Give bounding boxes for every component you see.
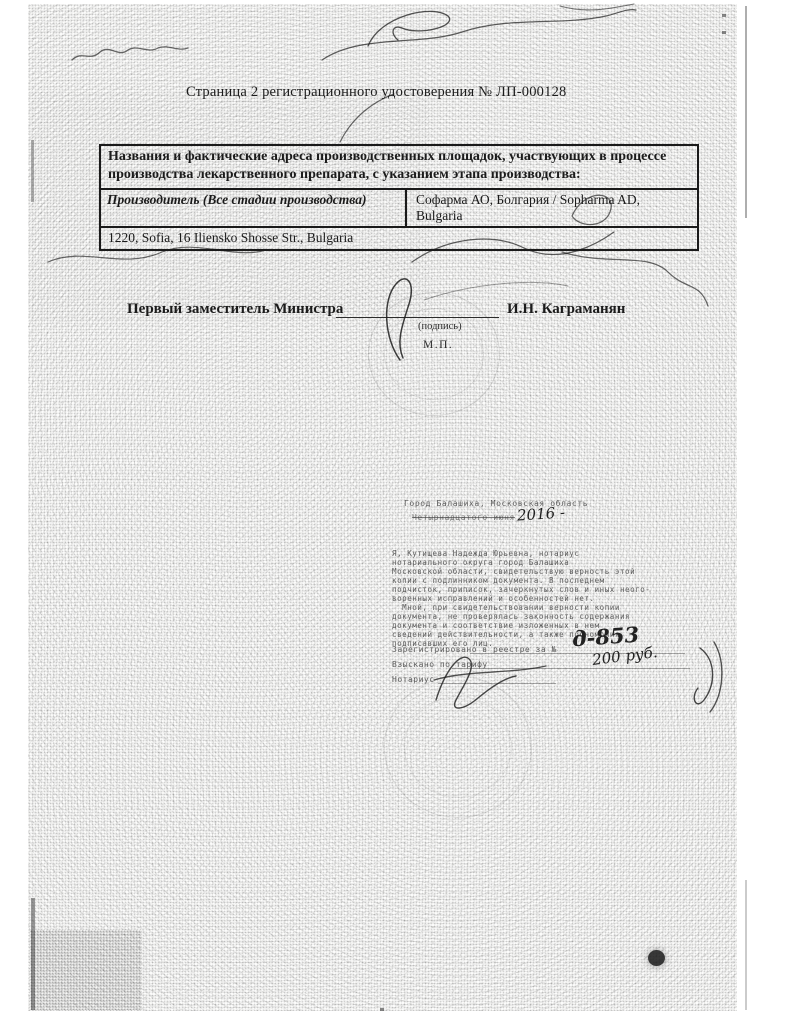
scan-edge-line [745, 880, 747, 1010]
minister-title: Первый заместитель Министра [127, 301, 343, 318]
notary-round-seal-faint [384, 676, 532, 818]
page-header: Страница 2 регистрационного удостоверени… [186, 84, 566, 101]
notary-statement-line: подчисток, приписок, зачеркнутых слов и … [392, 585, 650, 594]
notary-statement-line: Я, Кутищева Надежда Юрьевна, нотариус [392, 549, 650, 558]
signer-name: И.Н. Каграманян [507, 301, 625, 318]
scanned-document-page: Страница 2 регистрационного удостоверени… [0, 0, 791, 1024]
manufacturer-label-cell: Производитель (Все стадии производства) [101, 190, 405, 226]
notary-date-line: Четырнадцатого июня [412, 513, 515, 522]
notary-statement-line: Мной, при свидетельствовании верности ко… [392, 603, 650, 612]
table-row: 1220, Sofia, 16 Iliensko Shosse Str., Bu… [99, 226, 699, 251]
manufacturer-address-cell: 1220, Sofia, 16 Iliensko Shosse Str., Bu… [108, 230, 353, 245]
table-row: Производитель (Все стадии производства) … [99, 188, 699, 228]
notary-fill-line [438, 675, 556, 684]
scan-edge-streak [31, 140, 34, 202]
notary-label: Нотариус [392, 675, 435, 684]
production-table: Названия и фактические адреса производст… [99, 144, 699, 251]
scan-noise-patch [30, 930, 142, 1010]
ink-blot-mark [648, 950, 665, 966]
notary-statement-line: воренных исправлений и особенностей нет. [392, 594, 650, 603]
round-seal-faint [368, 292, 500, 416]
scan-speck [380, 1008, 384, 1011]
scan-speck [722, 14, 726, 17]
notary-statement-line: копии с подлинником документа. В последн… [392, 576, 650, 585]
production-table-title: Названия и фактические адреса производст… [99, 144, 699, 190]
notary-statement-line: Московской области, свидетельствую верно… [392, 567, 650, 576]
handwritten-year: 2016 - [516, 503, 565, 524]
notary-statement-line: документа, не проверялась законность сод… [392, 612, 650, 621]
notary-statement-line: нотариального округа город Балашиха [392, 558, 650, 567]
scan-edge-line [745, 6, 747, 218]
manufacturer-value-cell: Софарма АО, Болгария / Sopharma AD, Bulg… [405, 190, 697, 226]
scan-speck [722, 31, 726, 34]
